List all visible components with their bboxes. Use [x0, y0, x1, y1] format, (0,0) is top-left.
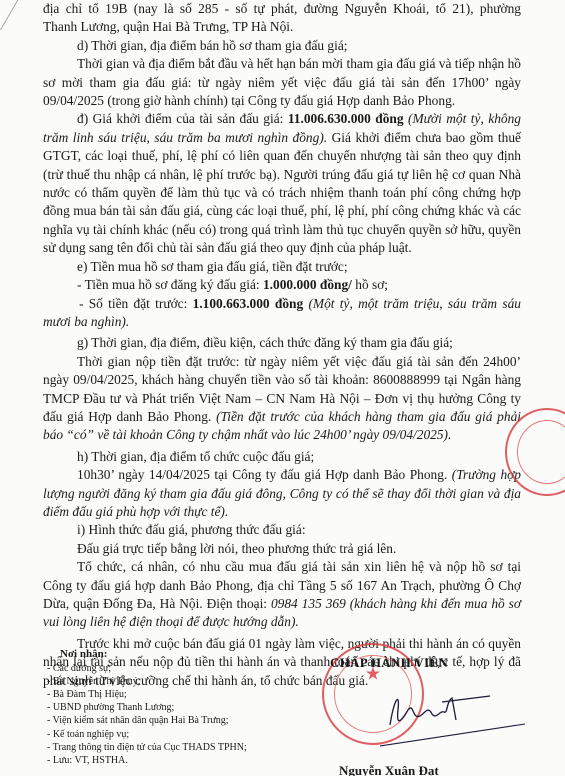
deposit-label: - Số tiền đặt trước:: [79, 296, 193, 311]
recipients-title: Nơi nhận:: [60, 648, 247, 661]
application-fee-amount: 1.000.000 đồng/: [263, 277, 352, 292]
recipient-item: - UBND phường Thanh Lương;: [47, 701, 247, 714]
recipient-item: - Trang thông tin điện tử của Cục THADS …: [47, 741, 247, 754]
section-g-heading: g) Thời gian, địa điểm, điều kiện, cách …: [43, 334, 521, 352]
recipient-item: - Lưu: VT, HSTHA.: [47, 754, 247, 767]
signer-name: Nguyễn Xuân Đạt: [339, 763, 439, 776]
address-line-1: địa chỉ tổ 19B (nay là số 285 - số tự ph…: [43, 0, 521, 18]
section-g-body: Thời gian nộp tiền đặt trước: từ ngày ni…: [43, 353, 521, 445]
signer-title: CHẤP HÀNH VIÊN: [330, 655, 530, 671]
signer-block: CHẤP HÀNH VIÊN Nguyễn Xuân Đạt: [330, 655, 530, 671]
section-dd-starting-price: đ) Giá khởi điểm của tài sản đấu giá: 11…: [43, 110, 521, 257]
application-fee-unit: hồ sơ;: [352, 277, 388, 292]
recipient-item: - Các đương sự;: [47, 662, 247, 675]
section-i-body: Đấu giá trực tiếp bằng lời nói, theo phư…: [43, 540, 521, 558]
application-fee-label: - Tiền mua hồ sơ đăng ký đấu giá:: [77, 277, 263, 292]
recipient-item: - Viện kiểm sát nhân dân quận Hai Bà Trư…: [47, 714, 247, 727]
section-i-heading: i) Hình thức đấu giá, phương thức đấu gi…: [43, 521, 521, 539]
recipients-list: Nơi nhận: - Các đương sự; - Bà Nguyễn Th…: [47, 648, 247, 767]
starting-price-terms: Giá khởi điểm chưa bao gồm thuế GTGT, cá…: [43, 130, 521, 255]
scan-edge-line: [0, 0, 38, 30]
section-h-heading: h) Thời gian, địa điểm tổ chức cuộc đấu …: [43, 448, 521, 466]
application-fee: - Tiền mua hồ sơ đăng ký đấu giá: 1.000.…: [43, 276, 521, 294]
starting-price-label: đ) Giá khởi điểm của tài sản đấu giá:: [77, 111, 288, 126]
recipient-item: - Bà Đàm Thị Hiệu;: [47, 688, 247, 701]
auction-time-place: 10h30’ ngày 14/04/2025 tại Công ty đấu g…: [77, 467, 447, 482]
address-paragraph: địa chỉ tổ 19B (nay là số 285 - số tự ph…: [43, 0, 521, 37]
recipient-item: - Kế toán nghiệp vụ;: [47, 728, 247, 741]
document-body: địa chỉ tổ 19B (nay là số 285 - số tự ph…: [43, 0, 521, 690]
section-e-heading: e) Tiền mua hồ sơ tham gia đấu giá, tiền…: [43, 258, 521, 276]
recipient-item: - Bà Nguyễn Thị Thuý;: [47, 675, 247, 688]
handwritten-signature-icon: [380, 680, 530, 750]
contact-phone: 0984 135 369: [271, 596, 346, 611]
deposit-amount: - Số tiền đặt trước: 1.100.663.000 đồng …: [43, 295, 521, 332]
deposit-value: 1.100.663.000 đồng: [193, 296, 304, 311]
address-line-2: Thanh Lương, quận Hai Bà Trưng, TP Hà Nộ…: [43, 18, 521, 36]
section-d-heading: d) Thời gian, địa điểm bán hồ sơ tham gi…: [43, 37, 521, 55]
section-d-body: Thời gian và địa điểm bắt đầu và hết hạn…: [43, 55, 521, 110]
section-h-body: 10h30’ ngày 14/04/2025 tại Công ty đấu g…: [43, 466, 521, 521]
starting-price-amount: 11.006.630.000 đồng: [288, 111, 404, 126]
contact-paragraph: Tổ chức, cá nhân, có nhu cầu mua đấu giá…: [43, 558, 521, 632]
